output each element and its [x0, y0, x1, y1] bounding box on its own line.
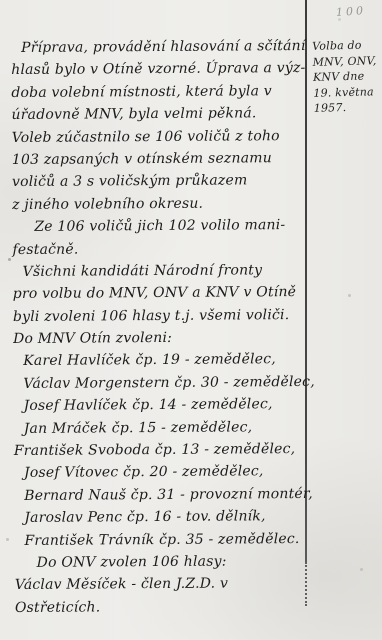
handwritten-line: František Trávník čp. 35 - zemědělec.: [14, 528, 306, 552]
margin-note-line: 19. května: [313, 84, 379, 101]
handwritten-line: Příprava, provádění hlasování a sčítání: [11, 35, 303, 59]
handwritten-line: Karel Havlíček čp. 19 - zemědělec,: [13, 348, 305, 372]
handwritten-line: 103 zapsaných v otínském seznamu: [12, 147, 304, 171]
handwritten-line: Voleb zúčastnilo se 106 voličů z toho: [12, 125, 304, 149]
handwritten-line: festačně.: [12, 236, 304, 260]
handwritten-line: Václav Měsíček - člen J.Z.D. v: [15, 572, 307, 596]
handwritten-line: doba volební místnosti, která byla v: [11, 80, 303, 104]
margin-note-line: Volba do: [312, 37, 378, 54]
margin-note: Volba do MNV, ONV, KNV dne 19. května 19…: [312, 37, 380, 116]
margin-note-line: KNV dne: [313, 68, 379, 85]
handwritten-line: Do ONV zvolen 106 hlasy:: [15, 550, 307, 574]
handwritten-line: Všichni kandidáti Národní fronty: [13, 259, 305, 283]
handwritten-line: pro volbu do MNV, ONV a KNV v Otíně: [13, 281, 305, 305]
handwritten-line: Josef Vítovec čp. 20 - zemědělec,: [14, 460, 306, 484]
chronicle-scan-page: 100 Volba do MNV, ONV, KNV dne 19. květn…: [0, 0, 382, 640]
handwritten-line: úřadovně MNV, byla velmi pěkná.: [11, 102, 303, 126]
handwritten-line: z jiného volebního okresu.: [12, 192, 304, 216]
handwritten-line: Jaroslav Penc čp. 16 - tov. dělník,: [14, 505, 306, 529]
handwritten-line: František Svoboda čp. 13 - zemědělec,: [14, 438, 306, 462]
page-number: 100: [336, 4, 367, 19]
handwritten-line: Ze 106 voličů jich 102 volilo mani-: [12, 214, 304, 238]
handwritten-line: hlasů bylo v Otíně vzorné. Úprava a výz-: [11, 57, 303, 81]
handwritten-line: Bernard Nauš čp. 31 - provozní montér,: [14, 483, 306, 507]
margin-note-line: 1957.: [314, 99, 380, 116]
handwritten-line: Ostřeticích.: [15, 595, 307, 619]
handwritten-line: Josef Havlíček čp. 14 - zemědělec,: [13, 393, 305, 417]
handwritten-line: Do MNV Otín zvoleni:: [13, 326, 305, 350]
handwritten-body: Příprava, provádění hlasování a sčítání …: [11, 35, 307, 619]
handwritten-line: Jan Mráček čp. 15 - zemědělec,: [14, 416, 306, 440]
handwritten-line: byli zvoleni 106 hlasy t.j. všemi voliči…: [13, 304, 305, 328]
handwritten-line: voličů a 3 s voličským průkazem: [12, 169, 304, 193]
handwritten-line: Václav Morgenstern čp. 30 - zemědělec,: [13, 371, 305, 395]
margin-note-line: MNV, ONV,: [312, 53, 378, 70]
